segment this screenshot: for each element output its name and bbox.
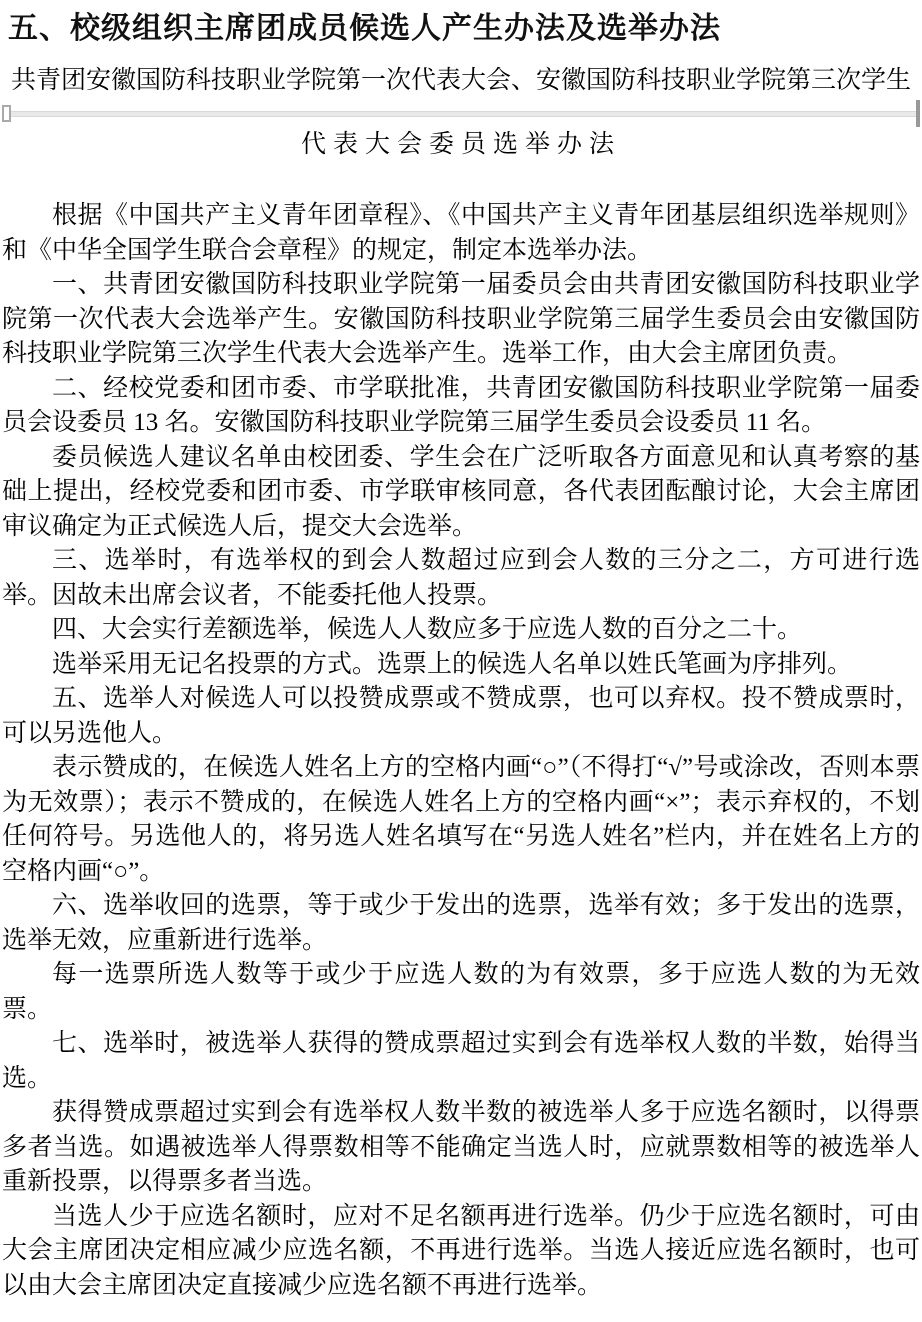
- paragraph-item-1: 一、共青团安徽国防科技职业学院第一届委员会由共青团安徽国防科技职业学院第一次代表…: [2, 268, 920, 372]
- paragraph-shortfall-rules: 当选人少于应选名额时，应对不足名额再进行选举。仍少于应选名额时，可由大会主席团决…: [2, 1200, 920, 1304]
- paragraph-valid-ballot: 每一选票所选人数等于或少于应选人数的为有效票，多于应选人数的为无效票。: [2, 958, 920, 1027]
- paragraph-basis: 根据《中国共产主义青年团章程》、《中国共产主义青年团基层组织选举规则》和《中华全…: [2, 199, 920, 268]
- document-body: 根据《中国共产主义青年团章程》、《中国共产主义青年团基层组织选举规则》和《中华全…: [2, 199, 920, 1303]
- paragraph-item-3: 三、选举时，有选举权的到会人数超过应到会人数的三分之二，方可进行选举。因故未出席…: [2, 544, 920, 613]
- paragraph-item-2: 二、经校党委和团市委、市学联批准，共青团安徽国防科技职业学院第一届委员会设委员 …: [2, 372, 920, 441]
- paragraph-item-4: 四、大会实行差额选举，候选人人数应多于应选人数的百分之二十。: [2, 613, 920, 648]
- page-break-line: [2, 111, 920, 117]
- page-break-handle-right-icon[interactable]: [916, 100, 920, 127]
- paragraph-item-7: 七、选举时，被选举人获得的赞成票超过实到会有选举权人数的半数，始得当选。: [2, 1027, 920, 1096]
- paragraph-item-5: 五、选举人对候选人可以投赞成票或不赞成票，也可以弃权。投不赞成票时，可以另选他人…: [2, 682, 920, 751]
- paragraph-marking-rules: 表示赞成的，在候选人姓名上方的空格内画“○”（不得打“√”号或涂改，否则本票为无…: [2, 751, 920, 889]
- paragraph-candidate-list: 委员候选人建议名单由校团委、学生会在广泛听取各方面意见和认真考察的基础上提出，经…: [2, 441, 920, 545]
- paragraph-tie-rules: 获得赞成票超过实到会有选举权人数半数的被选举人多于应选名额时，以得票多者当选。如…: [2, 1096, 920, 1200]
- section-heading: 代表大会委员选举办法: [2, 128, 920, 162]
- paragraph-ballot-method: 选举采用无记名投票的方式。选票上的候选人名单以姓氏笔画为序排列。: [2, 648, 920, 683]
- paragraph-item-6: 六、选举收回的选票，等于或少于发出的选票，选举有效；多于发出的选票，选举无效，应…: [2, 889, 920, 958]
- page-break: [2, 104, 920, 124]
- document-subtitle: 共青团安徽国防科技职业学院第一次代表大会、安徽国防科技职业学院第三次学生: [2, 64, 920, 98]
- page-title: 五、校级组织主席团成员候选人产生办法及选举办法: [8, 10, 920, 48]
- page-break-handle-left-icon[interactable]: [2, 105, 11, 122]
- document-page: 五、校级组织主席团成员候选人产生办法及选举办法 共青团安徽国防科技职业学院第一次…: [0, 0, 922, 1322]
